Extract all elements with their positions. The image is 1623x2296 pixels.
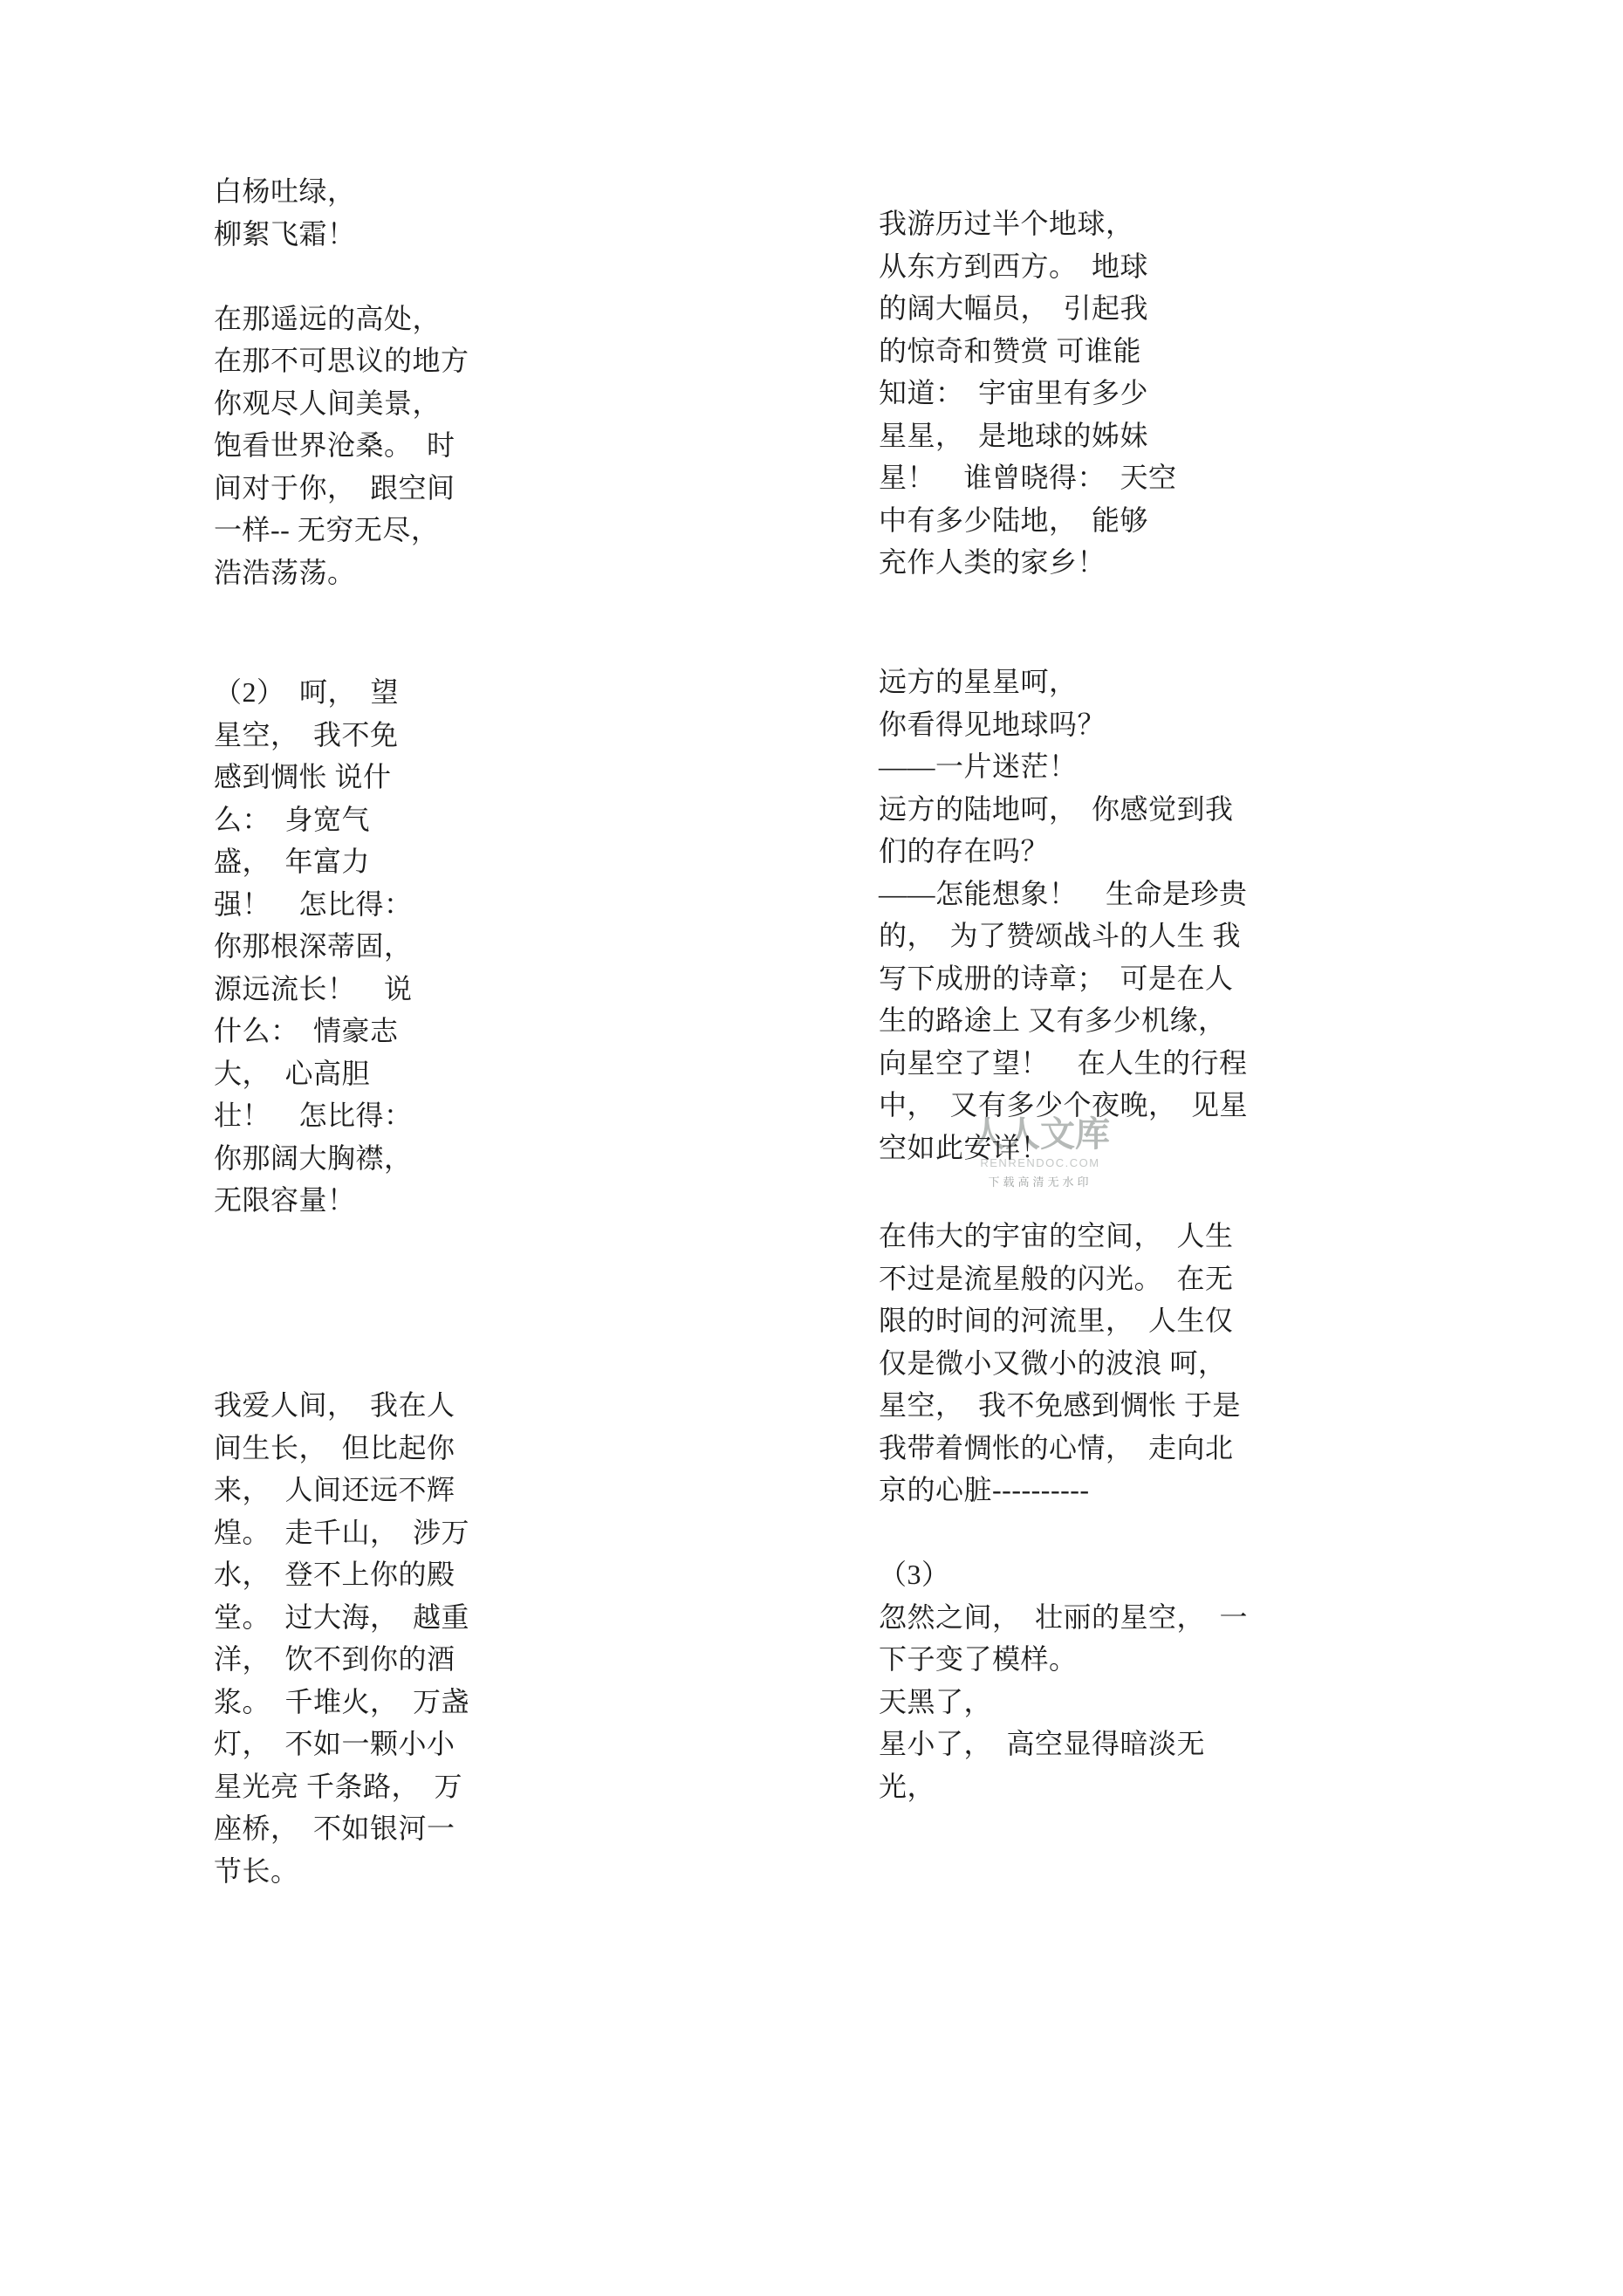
poem-text-line: 中， 又有多少个夜晚， 见星 (879, 1084, 1248, 1127)
poem-text-line: 什么： 情豪志 (214, 1010, 413, 1052)
poem-text-line: 浆。 千堆火， 万盏 (214, 1681, 469, 1724)
poem-text-line: 来， 人间还远不辉 (214, 1469, 469, 1511)
poem-text-line: 你看得见地球吗？ (879, 703, 1248, 746)
poem-text-line: 一样-- 无穷无尽， (214, 509, 469, 552)
poem-text-line: ——怎能想象！ 生命是珍贵 (879, 873, 1248, 915)
poem-text-line: 限的时间的河流里， 人生仅 (879, 1299, 1241, 1342)
poem-text-line: 源远流长！ 说 (214, 968, 413, 1011)
poem-text-line: 煌。 走千山， 涉万 (214, 1511, 469, 1554)
poem-text-line: 盛， 年富力 (214, 840, 413, 883)
poem-stanza-right-4: （3）忽然之间， 壮丽的星空， 一下子变了模样。天黑了，星小了， 高空显得暗淡无… (879, 1553, 1248, 1807)
poem-text-line: 天黑了， (879, 1681, 1248, 1724)
poem-text-line: 你观尽人间美景， (214, 382, 469, 425)
poem-text-line: ——一片迷茫！ (879, 745, 1248, 788)
poem-text-line: 白杨吐绿， (214, 170, 469, 213)
poem-text-line: 知道： 宇宙里有多少 (879, 372, 1177, 415)
poem-text-line: 我游历过半个地球， (879, 202, 1177, 245)
poem-text-line: 星小了， 高空显得暗淡无 (879, 1723, 1248, 1765)
poem-text-line: 洋， 饮不到你的酒 (214, 1638, 469, 1681)
poem-stanza-left-1: 白杨吐绿，柳絮飞霜！ 在那遥远的高处，在那不可思议的地方你观尽人间美景，饱看世界… (214, 170, 469, 593)
poem-text-line: 向星空了望！ 在人生的行程 (879, 1042, 1248, 1085)
poem-text-line: 水， 登不上你的殿 (214, 1553, 469, 1596)
poem-text-line: 柳絮飞霜！ (214, 213, 469, 256)
poem-text-line: 间生长， 但比起你 (214, 1427, 469, 1470)
document-page: 人人文库 RENRENDOC.COM 下载高清无水印 白杨吐绿，柳絮飞霜！ 在那… (0, 0, 1623, 2296)
poem-text-line: 星空， 我不免 (214, 714, 413, 757)
poem-text-line: 写下成册的诗章； 可是在人 (879, 957, 1248, 1000)
poem-text-line: 壮！ 怎比得： (214, 1094, 413, 1137)
poem-stanza-left-2: （2） 呵， 望星空， 我不免感到惆怅 说什么： 身宽气盛， 年富力强！ 怎比得… (214, 671, 413, 1222)
poem-stanza-right-1: 我游历过半个地球，从东方到西方。 地球的阔大幅员， 引起我的惊奇和赞赏 可谁能知… (879, 202, 1177, 584)
poem-text-line: 灯， 不如一颗小小 (214, 1723, 469, 1765)
poem-text-line: 你那根深蒂固， (214, 925, 413, 968)
poem-text-line: 的阔大幅员， 引起我 (879, 287, 1177, 330)
poem-text-line: 不过是流星般的闪光。 在无 (879, 1258, 1241, 1300)
poem-text-line: 下子变了模样。 (879, 1638, 1248, 1681)
poem-text-line: 饱看世界沧桑。 时 (214, 424, 469, 467)
poem-text-line: 在那不可思议的地方 (214, 339, 469, 382)
poem-text-line: 间对于你， 跟空间 (214, 467, 469, 510)
poem-stanza-right-2: 远方的星星呵，你看得见地球吗？——一片迷茫！远方的陆地呵， 你感觉到我们的存在吗… (879, 661, 1248, 1169)
poem-text-line: 大， 心高胆 (214, 1052, 413, 1095)
poem-text-line: （2） 呵， 望 (214, 671, 413, 714)
poem-text-line: 中有多少陆地， 能够 (879, 499, 1177, 542)
poem-text-line: 浩浩荡荡。 (214, 552, 469, 594)
poem-text-line: 星光亮 千条路， 万 (214, 1765, 469, 1808)
poem-text-line: 的惊奇和赞赏 可谁能 (879, 330, 1177, 373)
poem-text-line: 节长。 (214, 1850, 469, 1893)
poem-text-line: 仅是微小又微小的波浪 呵， (879, 1342, 1241, 1385)
poem-text-line: 忽然之间， 壮丽的星空， 一 (879, 1596, 1248, 1639)
poem-text-line: 星！ 谁曾晓得： 天空 (879, 456, 1177, 499)
poem-text-line: 们的存在吗？ (879, 830, 1248, 873)
poem-text-line: 的， 为了赞颂战斗的人生 我 (879, 915, 1248, 957)
poem-text-line: 光， (879, 1765, 1248, 1808)
poem-text-line: 无限容量！ (214, 1179, 413, 1222)
poem-text-line: 感到惆怅 说什 (214, 756, 413, 798)
poem-text-line: 强！ 怎比得： (214, 883, 413, 926)
poem-text-line: 在伟大的宇宙的空间， 人生 (879, 1215, 1241, 1258)
poem-stanza-right-3: 在伟大的宇宙的空间， 人生不过是流星般的闪光。 在无限的时间的河流里， 人生仅仅… (879, 1215, 1241, 1511)
poem-text-line: 充作人类的家乡！ (879, 541, 1177, 584)
poem-text-line: 生的路途上 又有多少机缘， (879, 999, 1248, 1042)
poem-text-line: 星星， 是地球的姊妹 (879, 415, 1177, 457)
watermark-tagline-text: 下载高清无水印 (963, 1173, 1117, 1189)
poem-text-line: 我爱人间， 我在人 (214, 1384, 469, 1427)
poem-stanza-left-3: 我爱人间， 我在人间生长， 但比起你来， 人间还远不辉煌。 走千山， 涉万水， … (214, 1384, 469, 1892)
poem-text-line: 你那阔大胸襟， (214, 1137, 413, 1180)
poem-text-line: 么： 身宽气 (214, 798, 413, 841)
poem-text-line: 堂。 过大海， 越重 (214, 1596, 469, 1639)
poem-text-line: 星空， 我不免感到惆怅 于是 (879, 1384, 1241, 1427)
poem-text-line: 从东方到西方。 地球 (879, 245, 1177, 288)
poem-text-line (214, 255, 469, 298)
poem-text-line: 在那遥远的高处， (214, 298, 469, 340)
poem-text-line: 我带着惆怅的心情， 走向北 (879, 1427, 1241, 1470)
poem-text-line: 远方的陆地呵， 你感觉到我 (879, 788, 1248, 831)
poem-text-line: 京的心脏---------- (879, 1469, 1241, 1511)
poem-text-line: 空如此安详！ (879, 1127, 1248, 1169)
poem-text-line: 远方的星星呵， (879, 661, 1248, 703)
poem-text-line: 座桥， 不如银河一 (214, 1807, 469, 1850)
poem-text-line: （3） (879, 1553, 1248, 1596)
